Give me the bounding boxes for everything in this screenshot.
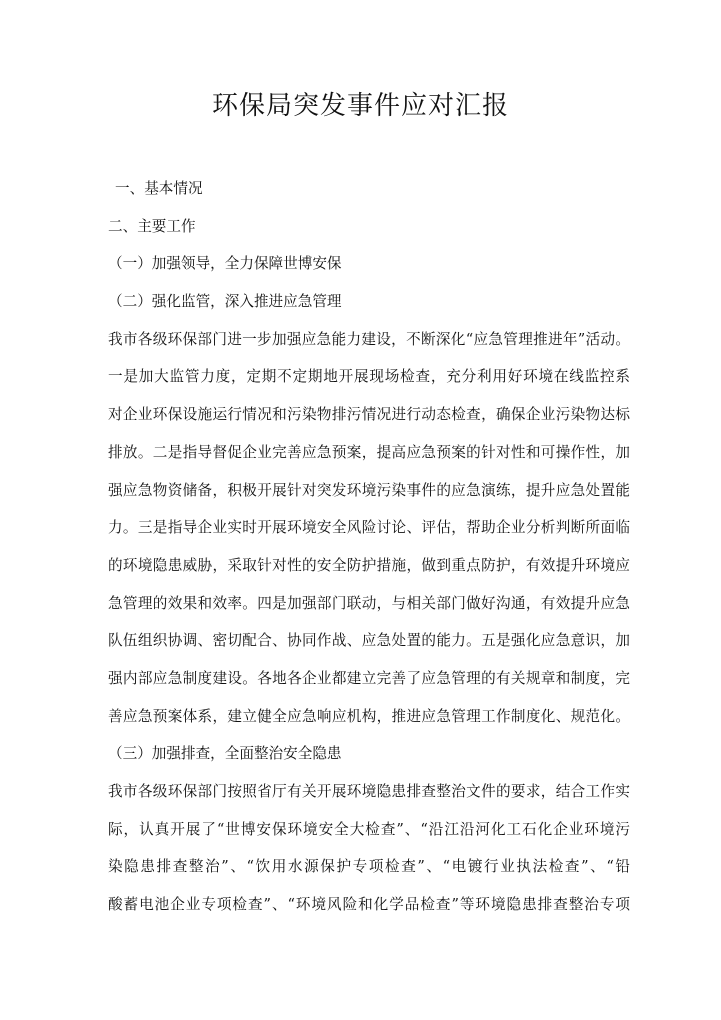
paragraph-line: 急管理的效果和效率。四是加强部门联动，与相关部门做好沟通，有效提升应急	[108, 585, 630, 623]
paragraph-line: 我市各级环保部门按照省厅有关开展环境隐患排查整治文件的要求，结合工作实	[108, 773, 630, 811]
heading-main-work: 二、主要工作	[108, 208, 630, 246]
paragraph-line: 善应急预案体系，建立健全应急响应机构，推进应急管理工作制度化、规范化。	[108, 698, 630, 736]
paragraph-line: 我市各级环保部门进一步加强应急能力建设，不断深化“应急管理推进年”活动。	[108, 321, 630, 359]
subheading-leadership: （一）加强领导，全力保障世博安保	[108, 245, 630, 283]
paragraph-line: 力。三是指导企业实时开展环境安全风险讨论、评估，帮助企业分析判断所面临	[108, 509, 630, 547]
paragraph-line: 强应急物资储备，积极开展针对突发环境污染事件的应急演练，提升应急处置能	[108, 472, 630, 510]
paragraph-line: 强内部应急制度建设。各地各企业都建立完善了应急管理的有关规章和制度，完	[108, 660, 630, 698]
paragraph-line: 队伍组织协调、密切配合、协同作战、应急处置的能力。五是强化应急意识，加	[108, 622, 630, 660]
document-title: 环保局突发事件应对汇报	[0, 86, 721, 126]
paragraph-line: 酸蓄电池企业专项检查”、“环境风险和化学品检查”等环境隐患排查整治专项	[108, 886, 630, 924]
paragraph-line: 对企业环保设施运行情况和污染物排污情况进行动态检查，确保企业污染物达标	[108, 396, 630, 434]
subheading-inspection: （三）加强排查，全面整治安全隐患	[108, 735, 630, 773]
paragraph-line: 的环境隐患威胁，采取针对性的安全防护措施，做到重点防护，有效提升环境应	[108, 547, 630, 585]
paragraph-line: 排放。二是指导督促企业完善应急预案，提高应急预案的针对性和可操作性，加	[108, 434, 630, 472]
heading-basic-situation: 一、基本情况	[108, 170, 630, 208]
document-body: 一、基本情况 二、主要工作 （一）加强领导，全力保障世博安保 （二）强化监管，深…	[108, 170, 630, 924]
paragraph-line: 染隐患排查整治”、“饮用水源保护专项检查”、“电镀行业执法检查”、“铅	[108, 848, 630, 886]
paragraph-line: 一是加大监管力度，定期不定期地开展现场检查，充分利用好环境在线监控系统，	[108, 358, 630, 396]
document-page: 环保局突发事件应对汇报 一、基本情况 二、主要工作 （一）加强领导，全力保障世博…	[0, 0, 721, 1020]
paragraph-line: 际，认真开展了“世博安保环境安全大检查”、“沿江沿河化工石化企业环境污	[108, 811, 630, 849]
subheading-supervision: （二）强化监管，深入推进应急管理	[108, 283, 630, 321]
